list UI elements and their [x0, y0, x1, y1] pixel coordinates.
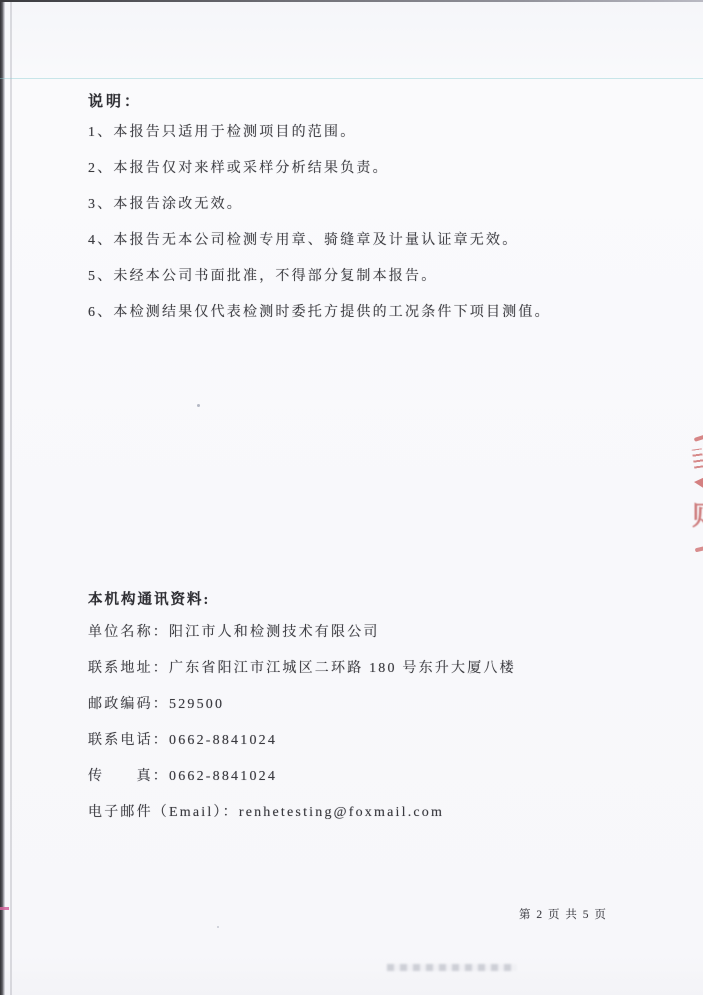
contact-line: 电子邮件（Email）：renhetesting@foxmail.com [88, 795, 516, 831]
scanned-report-page: 说明： 1、本报告只适用于检测项目的范围。 2、本报告仅对来样或采样分析结果负责… [0, 0, 703, 995]
contact-line: 传 真：0662-8841024 [88, 759, 516, 795]
stamp-fragment-character: 则 [692, 502, 703, 530]
stamp-fragment-wedge [694, 477, 703, 489]
note-item: 6、本检测结果仅代表检测时委托方提供的工况条件下项目测值。 [88, 295, 551, 331]
showthrough-smudge [387, 964, 517, 971]
page-number-footer: 第 2 页 共 5 页 [519, 906, 607, 922]
note-item: 4、本报告无本公司检测专用章、骑缝章及计量认证章无效。 [88, 223, 551, 259]
contact-line: 邮政编码：529500 [88, 687, 516, 723]
notes-heading: 说明： [88, 92, 551, 112]
stamp-fragment-strokes [692, 448, 703, 468]
note-item: 5、未经本公司书面批准，不得部分复制本报告。 [88, 259, 551, 295]
scan-edge-inner-line [10, 0, 12, 995]
notes-section: 说明： 1、本报告只适用于检测项目的范围。 2、本报告仅对来样或采样分析结果负责… [88, 92, 551, 331]
scan-edge-top-line [0, 0, 703, 2]
contact-line: 联系地址：广东省阳江市江城区二环路 180 号东升大厦八楼 [88, 651, 516, 687]
contact-line: 单位名称：阳江市人和检测技术有限公司 [88, 615, 516, 651]
scan-speck [197, 404, 200, 407]
contact-heading: 本机构通讯资料: [88, 590, 516, 610]
stamp-fragment-stroke [694, 434, 703, 442]
scan-edge-left-strip [0, 0, 5, 995]
scan-speck [217, 926, 219, 928]
contact-line: 联系电话：0662-8841024 [88, 723, 516, 759]
stamp-fragment-stroke [695, 546, 703, 553]
note-item: 2、本报告仅对来样或采样分析结果负责。 [88, 151, 551, 187]
note-item: 3、本报告涂改无效。 [88, 187, 551, 223]
scan-artifact-cyan-line [0, 78, 703, 79]
contact-section: 本机构通讯资料: 单位名称：阳江市人和检测技术有限公司 联系地址：广东省阳江市江… [88, 590, 516, 831]
scan-artifact-pink-dash [0, 907, 9, 910]
note-item: 1、本报告只适用于检测项目的范围。 [88, 115, 551, 151]
